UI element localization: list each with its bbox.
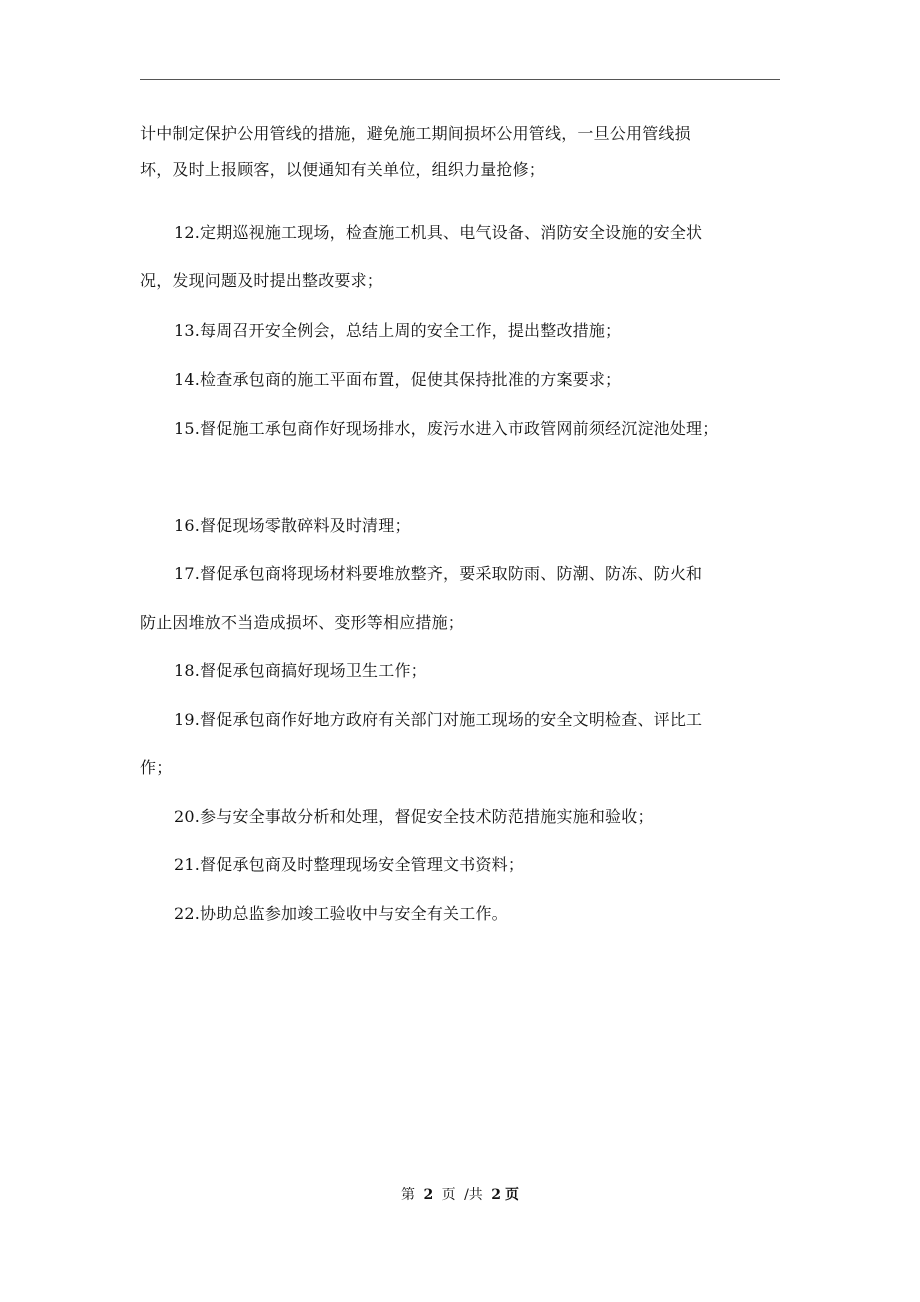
page-footer: 第 2 页 /共 2页 (0, 1186, 920, 1204)
footer-total-label: 页 (505, 1187, 519, 1203)
list-item-12-cont: 况，发现问题及时提出整改要求； (140, 271, 383, 291)
footer-page-label: 页 (442, 1187, 456, 1203)
list-item-22: 22.协助总监参加竣工验收中与安全有关工作。 (174, 904, 508, 924)
list-item-19-cont: 作； (140, 758, 172, 778)
list-item-20: 20.参与安全事故分析和处理，督促安全技术防范措施实施和验收； (174, 807, 654, 827)
text-line-1: 坏，及时上报顾客，以便通知有关单位，组织力量抢修； (140, 160, 545, 180)
list-item-13: 13.每周召开安全例会，总结上周的安全工作，提出整改措施； (174, 321, 621, 341)
footer-prefix: 第 (401, 1187, 415, 1203)
list-item-17: 17.督促承包商将现场材料要堆放整齐，要采取防雨、防潮、防冻、防火和 (174, 564, 702, 584)
list-item-15: 15.督促施工承包商作好现场排水，废污水进入市政管网前须经沉淀池处理； (174, 419, 718, 439)
current-page-number: 2 (423, 1187, 433, 1203)
list-item-14: 14.检查承包商的施工平面布置，促使其保持批准的方案要求； (174, 370, 621, 390)
list-item-21: 21.督促承包商及时整理现场安全管理文书资料； (174, 855, 524, 875)
list-item-18: 18.督促承包商搞好现场卫生工作； (174, 661, 427, 681)
list-item-12: 12.定期巡视施工现场，检查施工机具、电气设备、消防安全设施的安全状 (174, 223, 702, 243)
text-line-0: 计中制定保护公用管线的措施，避免施工期间损坏公用管线，一旦公用管线损 (140, 124, 691, 144)
total-page-number: 2 (491, 1187, 501, 1203)
header-rule (140, 79, 780, 80)
list-item-16: 16.督促现场零散碎料及时清理； (174, 516, 411, 536)
list-item-17-cont: 防止因堆放不当造成损坏、变形等相应措施； (140, 613, 464, 633)
list-item-19: 19.督促承包商作好地方政府有关部门对施工现场的安全文明检查、评比工 (174, 710, 702, 730)
footer-separator: /共 (464, 1187, 483, 1203)
